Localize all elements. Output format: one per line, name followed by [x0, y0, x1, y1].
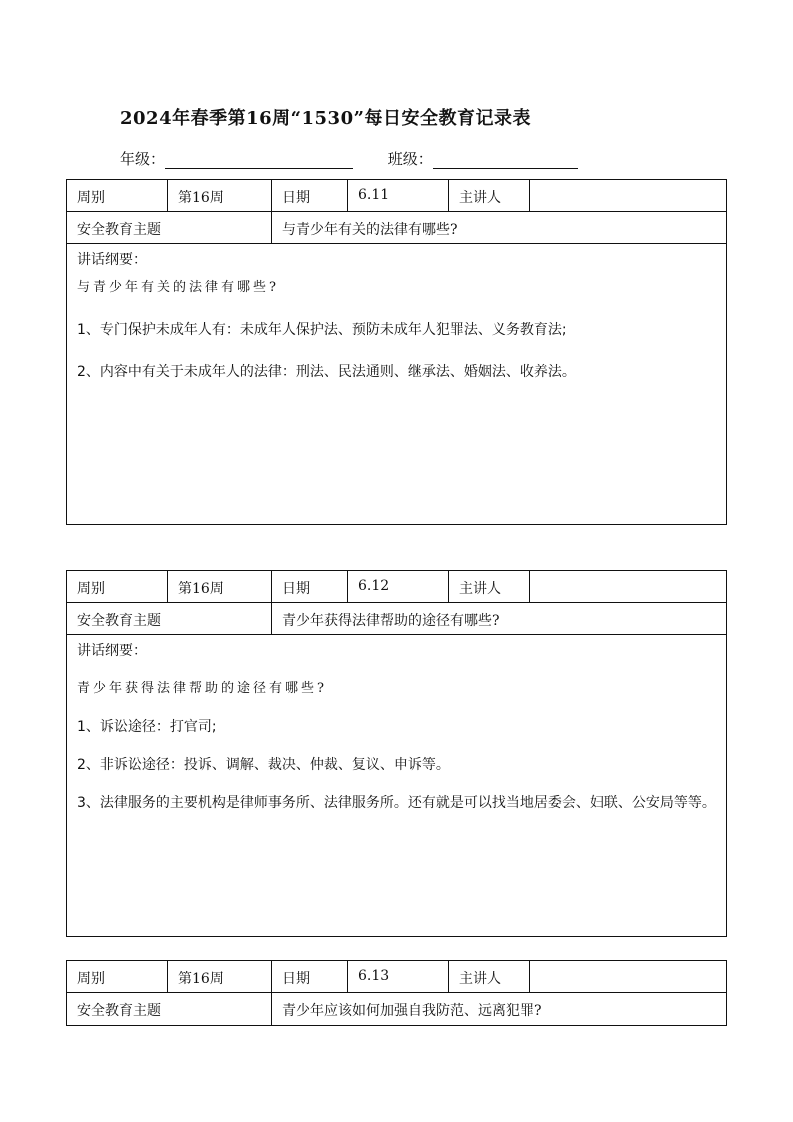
class-label: 班级： — [388, 148, 433, 169]
outline-label: 讲话纲要： — [77, 641, 716, 661]
outline-section: 讲话纲要： 青少年获得法律帮助的途径有哪些? 1、诉讼途径：打官司; 2、非诉讼… — [67, 635, 726, 936]
topic-value: 与青少年有关的法律有哪些? — [272, 212, 726, 243]
outline-label: 讲话纲要： — [77, 250, 716, 270]
week-label: 周别 — [67, 571, 168, 602]
date-value: 6.13 — [348, 961, 449, 992]
speaker-value[interactable] — [530, 180, 726, 211]
grade-label: 年级： — [120, 148, 165, 169]
outline-section: 讲话纲要： 与青少年有关的法律有哪些? 1、专门保护未成年人有：未成年人保护法、… — [67, 244, 726, 524]
week-value: 第16周 — [168, 571, 272, 602]
date-value: 6.11 — [348, 180, 449, 211]
topic-label: 安全教育主题 — [67, 212, 272, 243]
outline-point: 1、诉讼途径：打官司; — [77, 717, 716, 737]
header-fields: 年级： 班级： — [120, 148, 578, 169]
week-value: 第16周 — [168, 180, 272, 211]
outline-point: 3、法律服务的主要机构是律师事务所、法律服务所。还有就是可以找当地居委会、妇联、… — [77, 793, 716, 813]
week-label: 周别 — [67, 961, 168, 992]
info-row: 周别 第16周 日期 6.11 主讲人 — [67, 180, 726, 212]
topic-value: 青少年应该如何加强自我防范、远离犯罪? — [272, 993, 726, 1025]
record-table-1: 周别 第16周 日期 6.11 主讲人 安全教育主题 与青少年有关的法律有哪些?… — [66, 179, 727, 525]
speaker-label: 主讲人 — [449, 180, 530, 211]
topic-row: 安全教育主题 青少年获得法律帮助的途径有哪些? — [67, 603, 726, 635]
date-label: 日期 — [272, 571, 348, 602]
info-row: 周别 第16周 日期 6.12 主讲人 — [67, 571, 726, 603]
record-table-3: 周别 第16周 日期 6.13 主讲人 安全教育主题 青少年应该如何加强自我防范… — [66, 960, 727, 1026]
speaker-value[interactable] — [530, 571, 726, 602]
topic-row: 安全教育主题 青少年应该如何加强自我防范、远离犯罪? — [67, 993, 726, 1025]
info-row: 周别 第16周 日期 6.13 主讲人 — [67, 961, 726, 993]
speaker-value[interactable] — [530, 961, 726, 992]
date-label: 日期 — [272, 961, 348, 992]
week-value: 第16周 — [168, 961, 272, 992]
topic-value: 青少年获得法律帮助的途径有哪些? — [272, 603, 726, 634]
class-field[interactable] — [433, 150, 578, 169]
topic-label: 安全教育主题 — [67, 603, 272, 634]
outline-heading: 青少年获得法律帮助的途径有哪些? — [77, 679, 716, 699]
topic-row: 安全教育主题 与青少年有关的法律有哪些? — [67, 212, 726, 244]
document-title: 2024年春季第16周“1530”每日安全教育记录表 — [120, 104, 531, 130]
grade-field[interactable] — [165, 150, 353, 169]
outline-heading: 与青少年有关的法律有哪些? — [77, 278, 716, 298]
outline-point: 2、内容中有关于未成年人的法律：刑法、民法通则、继承法、婚姻法、收养法。 — [77, 362, 716, 382]
speaker-label: 主讲人 — [449, 571, 530, 602]
date-label: 日期 — [272, 180, 348, 211]
week-label: 周别 — [67, 180, 168, 211]
date-value: 6.12 — [348, 571, 449, 602]
record-table-2: 周别 第16周 日期 6.12 主讲人 安全教育主题 青少年获得法律帮助的途径有… — [66, 570, 727, 937]
topic-label: 安全教育主题 — [67, 993, 272, 1025]
speaker-label: 主讲人 — [449, 961, 530, 992]
outline-point: 2、非诉讼途径：投诉、调解、裁决、仲裁、复议、申诉等。 — [77, 755, 716, 775]
outline-point: 1、专门保护未成年人有：未成年人保护法、预防未成年人犯罪法、义务教育法; — [77, 320, 716, 340]
